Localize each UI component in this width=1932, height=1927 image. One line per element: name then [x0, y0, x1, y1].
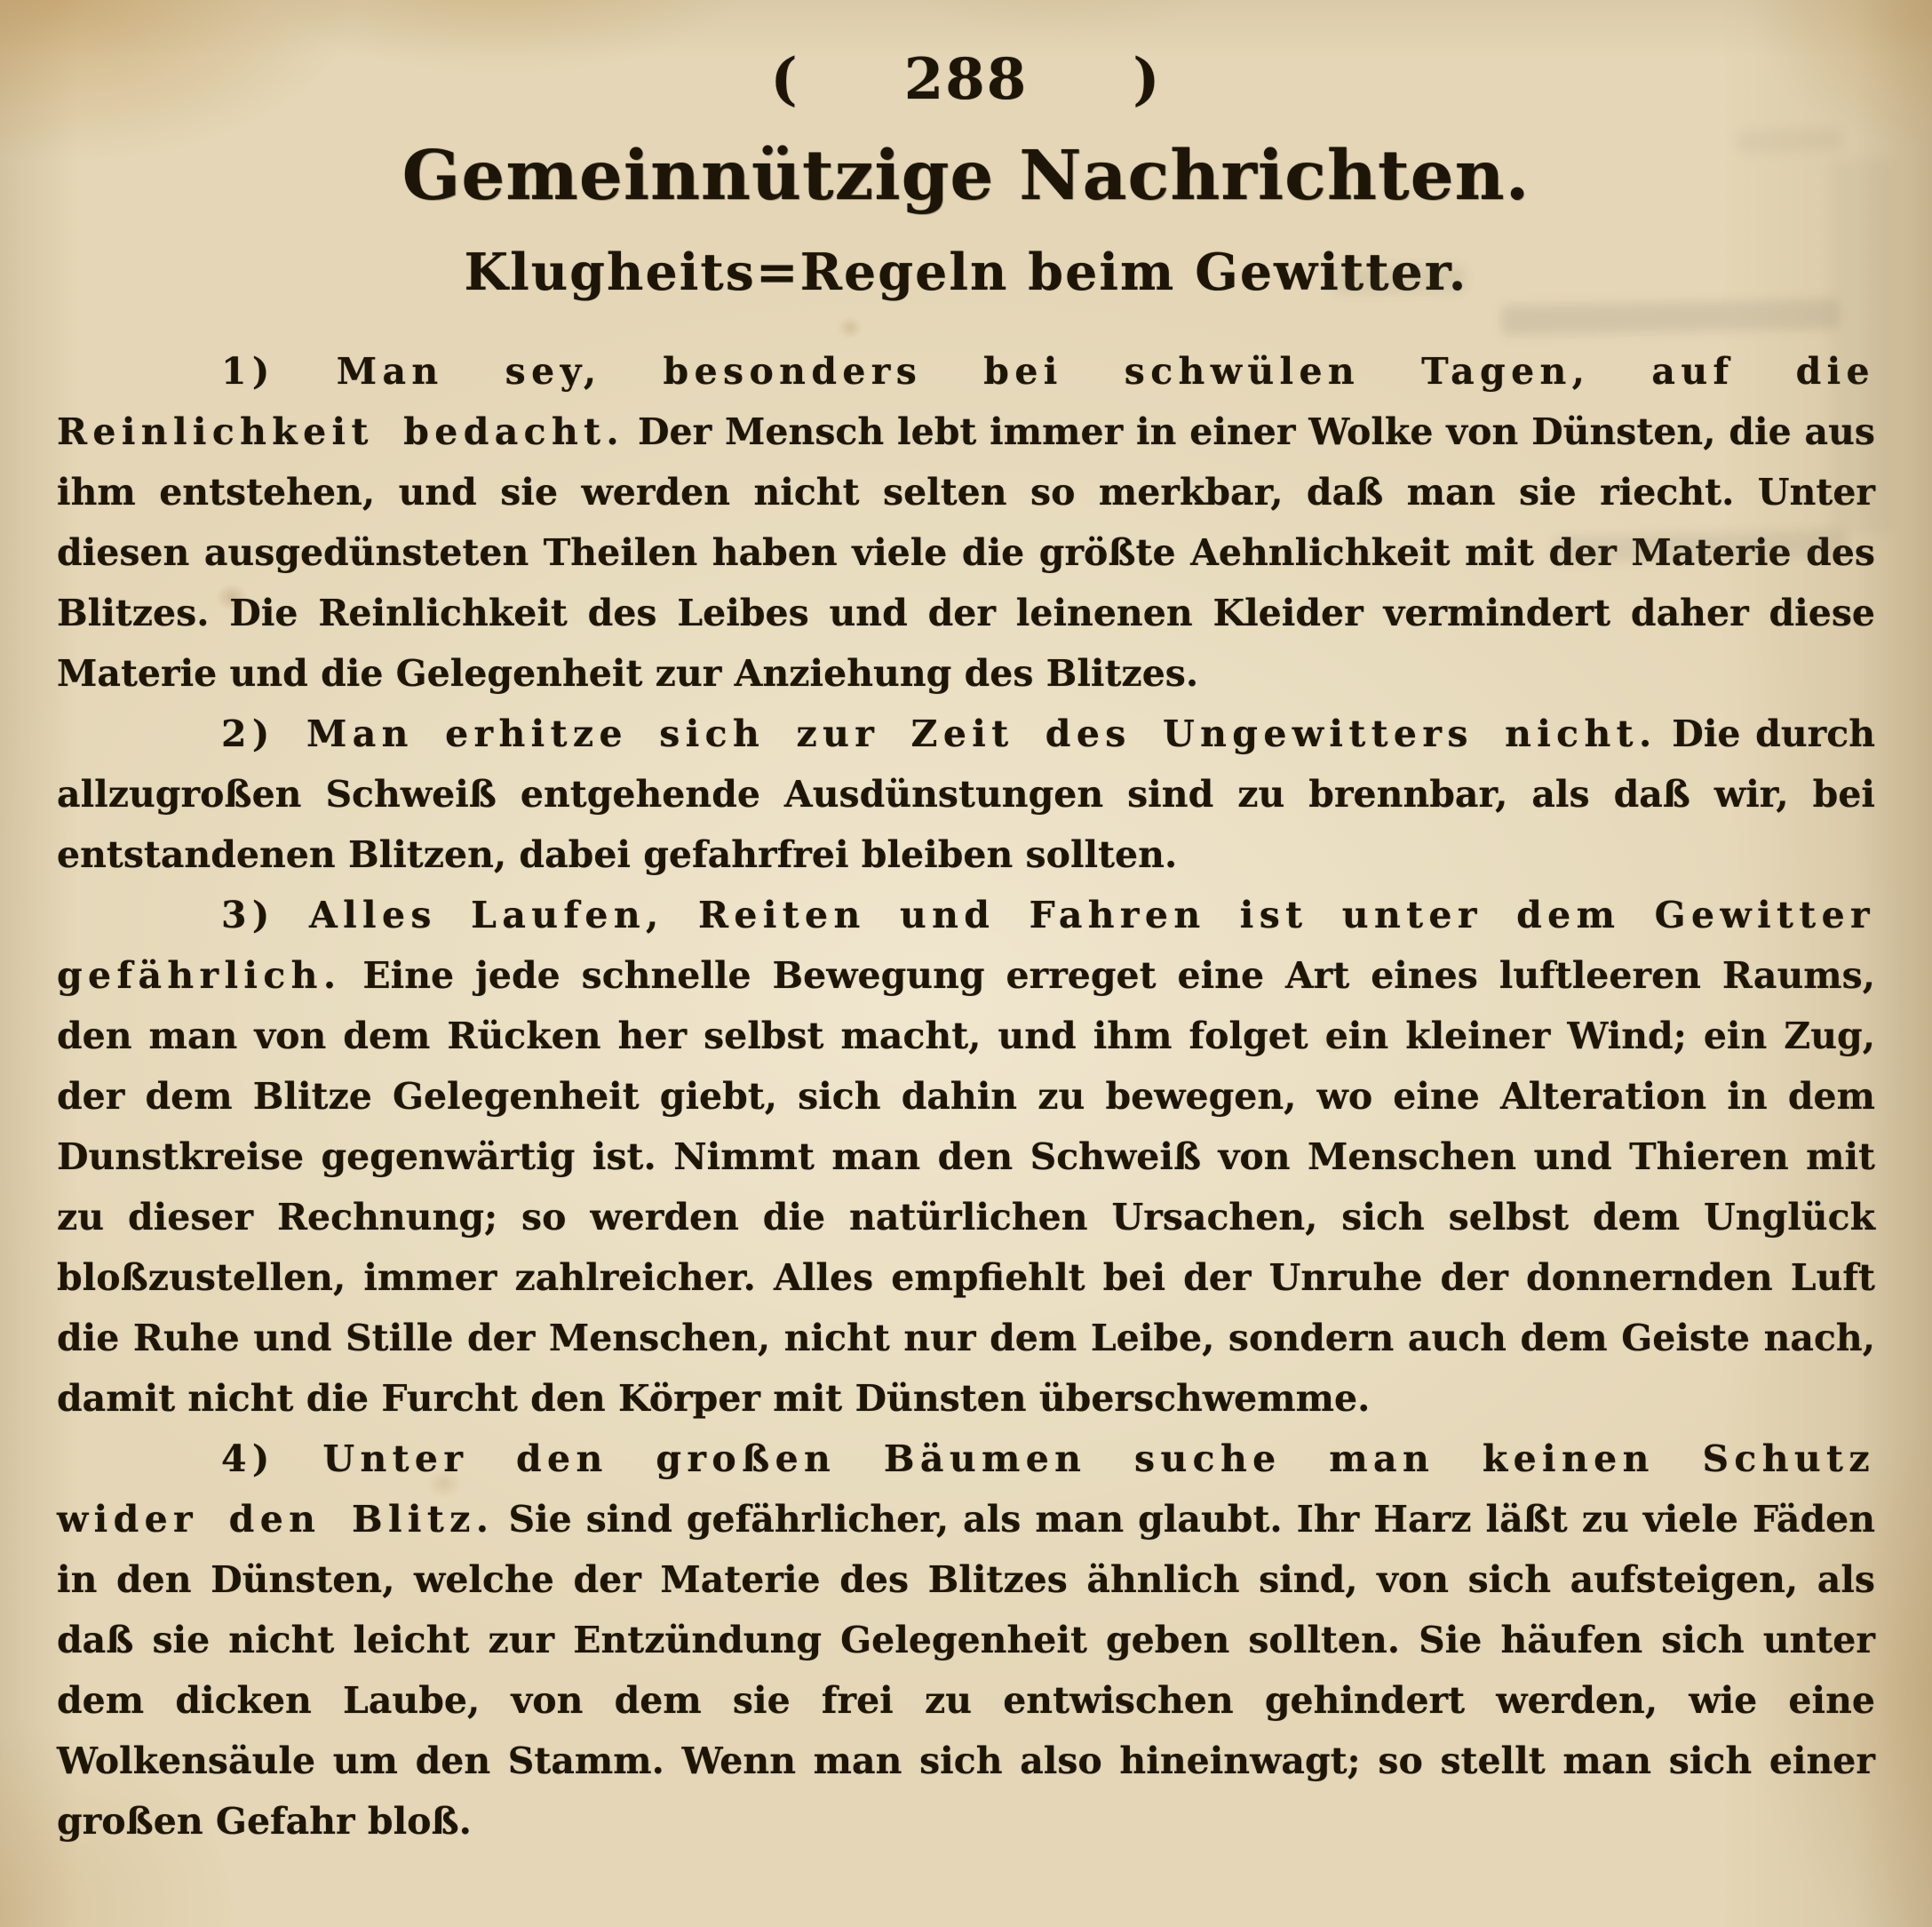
rule-statement: 2) Man erhitze sich zur Zeit des Ungewit…: [221, 713, 1658, 755]
paragraph: 1) Man sey, besonders bei schwülen Tagen…: [57, 341, 1875, 704]
article-body: 1) Man sey, besonders bei schwülen Tagen…: [57, 341, 1875, 1851]
section-title: Gemeinnützige Nachrichten.: [0, 136, 1932, 216]
paragraph: 4) Unter den großen Bäumen suche man kei…: [57, 1429, 1875, 1851]
page-header: ( 288 ): [0, 0, 1932, 113]
paragraph-text: Der Mensch lebt immer in einer Wolke von…: [57, 410, 1875, 695]
paragraph-text: Eine jede schnelle Bewegung erreget eine…: [57, 954, 1875, 1420]
book-page: ( 288 ) Gemeinnützige Nachrichten. Klugh…: [0, 0, 1932, 1927]
article-title: Klugheits=Regeln beim Gewitter.: [0, 243, 1932, 302]
header-paren-left: (: [770, 46, 799, 113]
paragraph: 3) Alles Laufen, Reiten und Fahren ist u…: [57, 885, 1875, 1429]
page-number: 288: [904, 46, 1029, 113]
paragraph: 2) Man erhitze sich zur Zeit des Ungewit…: [57, 704, 1875, 885]
header-paren-right: ): [1133, 46, 1161, 113]
paragraph-text: Sie sind gefährlicher, als man glaubt. I…: [57, 1498, 1875, 1843]
